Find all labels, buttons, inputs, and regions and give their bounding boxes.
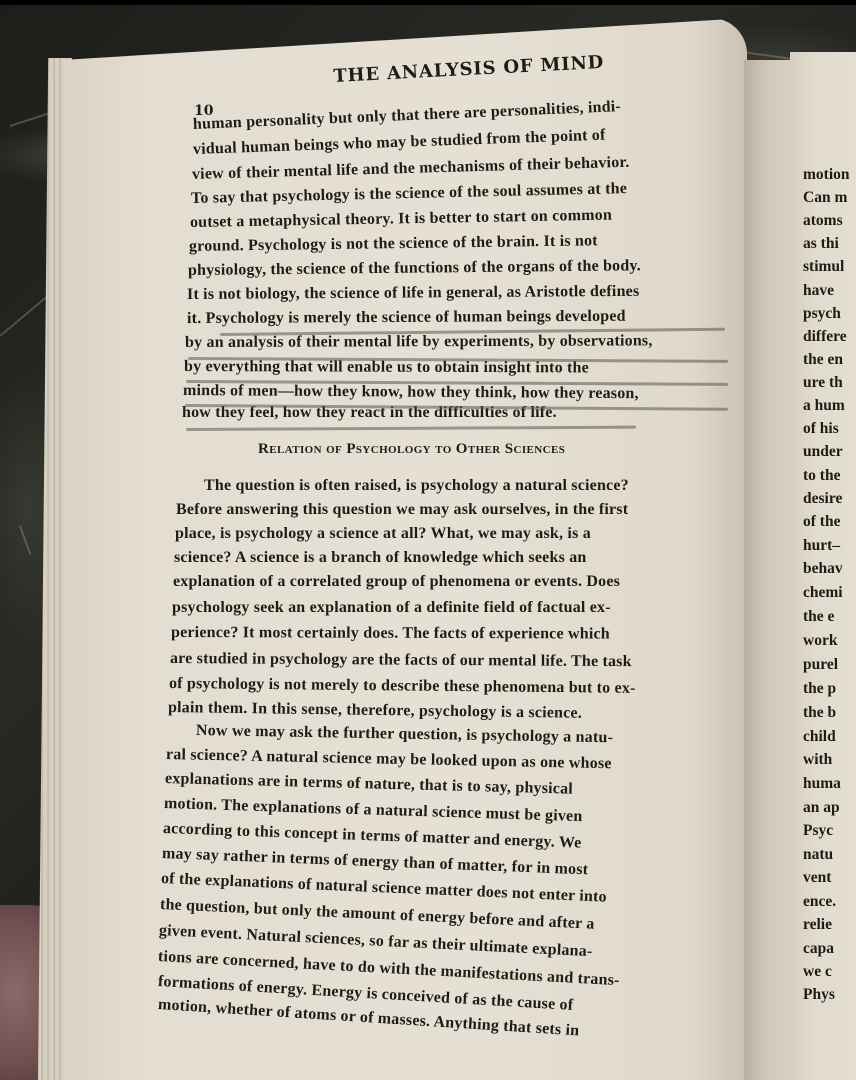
text-line: place, is psychology a science at all? W… [175,525,591,543]
text-fragment: the b [803,704,836,722]
text-line: To say that psychology is the science of… [191,180,628,208]
text-line: explanation of a correlated group of phe… [173,573,620,591]
text-fragment: relie [803,916,832,934]
text-fragment: differe [803,328,847,346]
text-fragment: purel [803,656,838,674]
text-fragment: a hum [803,397,845,415]
text-line: minds of men—how they know, how they thi… [183,382,639,403]
text-fragment: of the [803,513,840,531]
text-fragment: chemi [803,584,843,602]
text-line: are studied in psychology are the facts … [170,650,632,671]
text-fragment: natu [803,846,833,864]
text-line: perience? It most certainly does. The fa… [171,624,610,644]
text-fragment: to the [803,467,840,485]
text-line: of psychology is not merely to describe … [169,675,636,698]
text-line: psychology seek an explanation of a defi… [172,599,611,617]
text-fragment: work [803,632,837,650]
text-fragment: Psyc [803,822,833,840]
text-fragment: we c [803,963,832,981]
text-fragment: an ap [803,799,840,817]
pencil-underline [186,426,636,431]
text-fragment: behav [803,560,843,578]
text-fragment: the e [803,608,834,626]
text-line: Now we may ask the further question, is … [196,722,613,747]
text-fragment: of his [803,420,839,438]
text-fragment: atoms [803,212,843,230]
text-fragment: hurt– [803,537,840,555]
text-fragment: Phys [803,986,835,1004]
text-fragment: the p [803,680,836,698]
text-line: ground. Psychology is not the science of… [189,232,598,256]
text-line: vidual human beings who may be studied f… [193,127,606,159]
text-fragment: vent [803,869,831,887]
page-text: THE ANALYSIS OF MIND 10 human personalit… [0,0,856,1080]
text-fragment: capa [803,940,834,958]
text-line: outset a metaphysical theory. It is bett… [190,207,612,232]
text-fragment: as thi [803,235,839,253]
text-fragment: ence. [803,893,836,911]
text-line: physiology, the science of the functions… [188,257,641,280]
text-fragment: stimul [803,258,844,276]
text-fragment: with [803,751,832,769]
text-line: it. Psychology is merely the science of … [187,308,626,328]
section-heading: Relation of Psychology to Other Sciences [258,441,565,458]
text-fragment: child [803,728,836,746]
text-line: explanations are in terms of nature, tha… [165,770,573,799]
text-line: ral science? A natural science may be lo… [166,746,612,773]
text-fragment: psych [803,305,841,323]
text-line: plain them. In this sense, therefore, ps… [168,699,582,723]
text-fragment: Can m [803,189,847,207]
text-fragment: huma [803,775,841,793]
text-fragment: motion [803,166,850,184]
text-line: science? A science is a branch of knowle… [174,549,587,567]
text-fragment: the en [803,351,843,369]
running-head: THE ANALYSIS OF MIND [333,52,605,87]
text-fragment: ure th [803,374,843,392]
text-line: view of their mental life and the mechan… [192,154,630,184]
text-line: It is not biology, the science of life i… [187,283,640,304]
text-line: The question is often raised, is psychol… [204,477,629,495]
text-fragment: have [803,282,834,300]
text-fragment: desire [803,490,842,508]
text-line: Before answering this question we may as… [176,501,628,519]
text-fragment: under [803,443,843,461]
